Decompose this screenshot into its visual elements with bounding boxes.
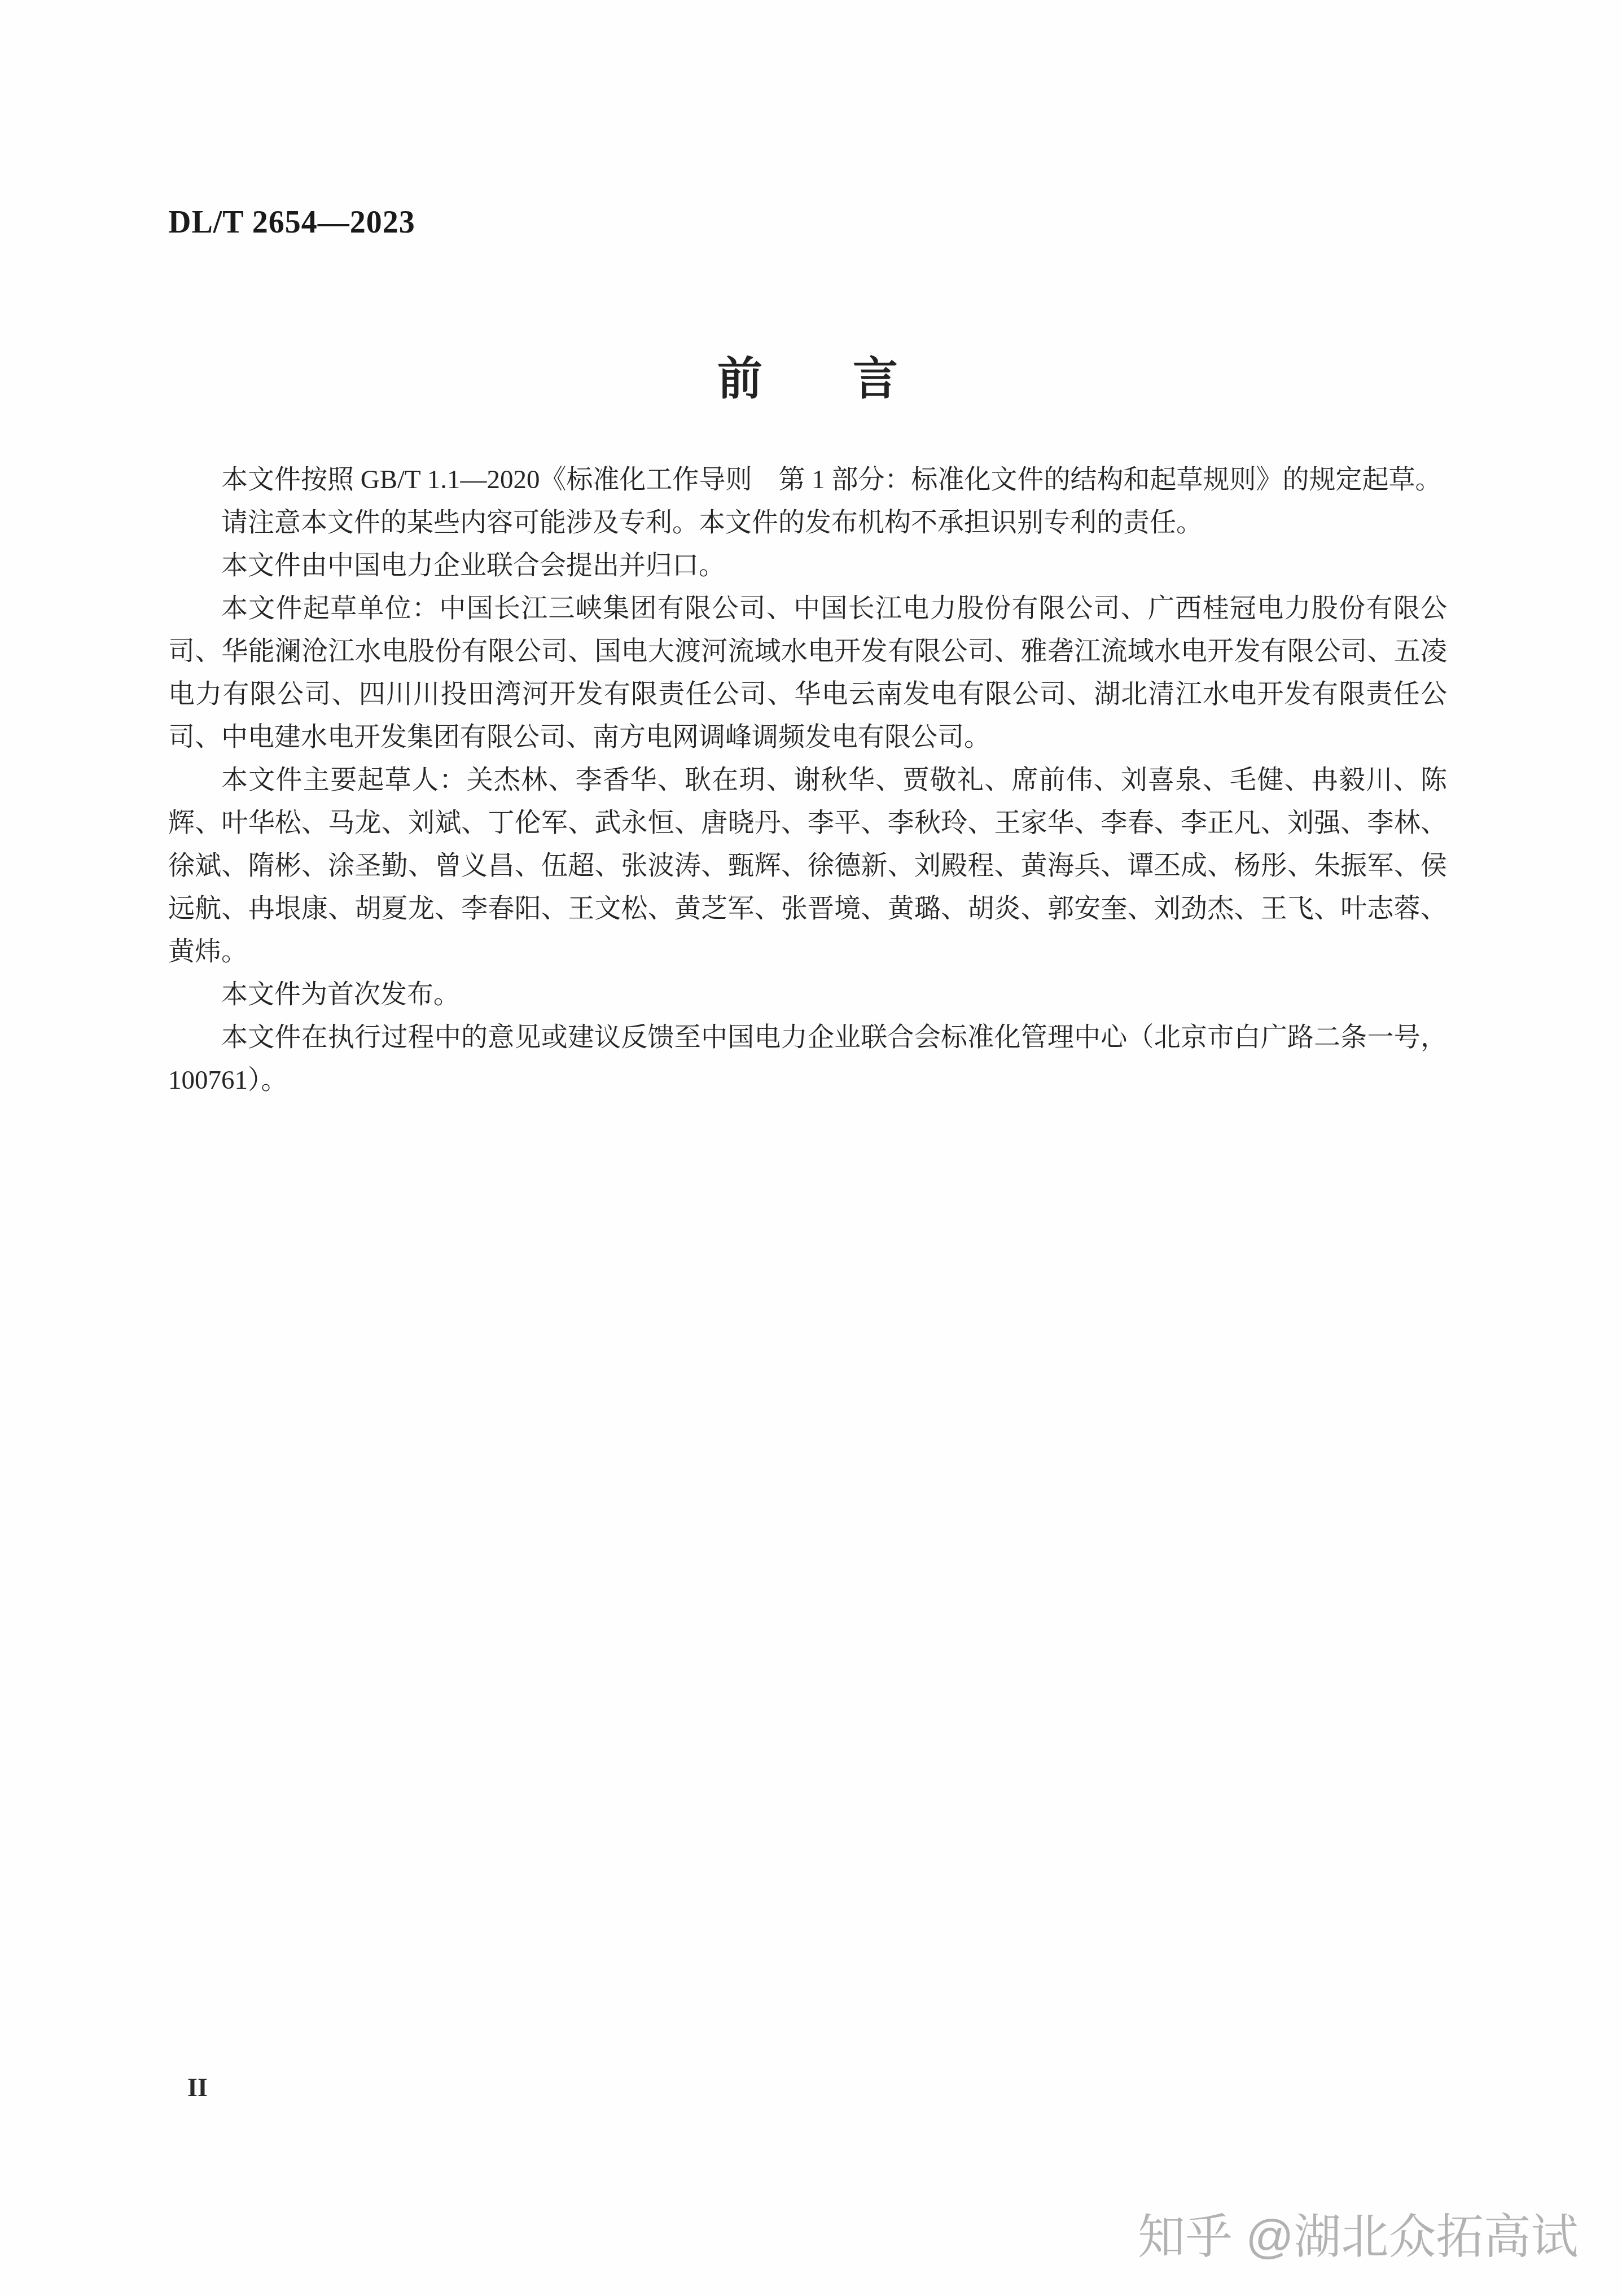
page-title: 前 言 xyxy=(168,342,1447,407)
paragraph-basis: 本文件按照 GB/T 1.1—2020《标准化工作导则 第 1 部分：标准化文件… xyxy=(168,458,1447,501)
foreword-body: 本文件按照 GB/T 1.1—2020《标准化工作导则 第 1 部分：标准化文件… xyxy=(168,458,1447,1102)
paragraph-proposer: 本文件由中国电力企业联合会提出并归口。 xyxy=(168,544,1447,587)
paragraph-patent-notice: 请注意本文件的某些内容可能涉及专利。本文件的发布机构不承担识别专利的责任。 xyxy=(168,501,1447,544)
page-number: II xyxy=(187,2072,208,2102)
paragraph-feedback-address: 本文件在执行过程中的意见或建议反馈至中国电力企业联合会标准化管理中心（北京市白广… xyxy=(168,1016,1447,1102)
watermark: 知乎 @湖北众拓高试 xyxy=(1138,2199,1579,2267)
document-page: DL/T 2654—2023 前 言 本文件按照 GB/T 1.1—2020《标… xyxy=(0,0,1622,2296)
paragraph-drafters: 本文件主要起草人：关杰林、李香华、耿在玥、谢秋华、贾敬礼、席前伟、刘喜泉、毛健、… xyxy=(168,759,1447,973)
doc-number: DL/T 2654—2023 xyxy=(168,204,415,240)
paragraph-first-release: 本文件为首次发布。 xyxy=(168,973,1447,1016)
paragraph-drafting-organizations: 本文件起草单位：中国长江三峡集团有限公司、中国长江电力股份有限公司、广西桂冠电力… xyxy=(168,587,1447,759)
